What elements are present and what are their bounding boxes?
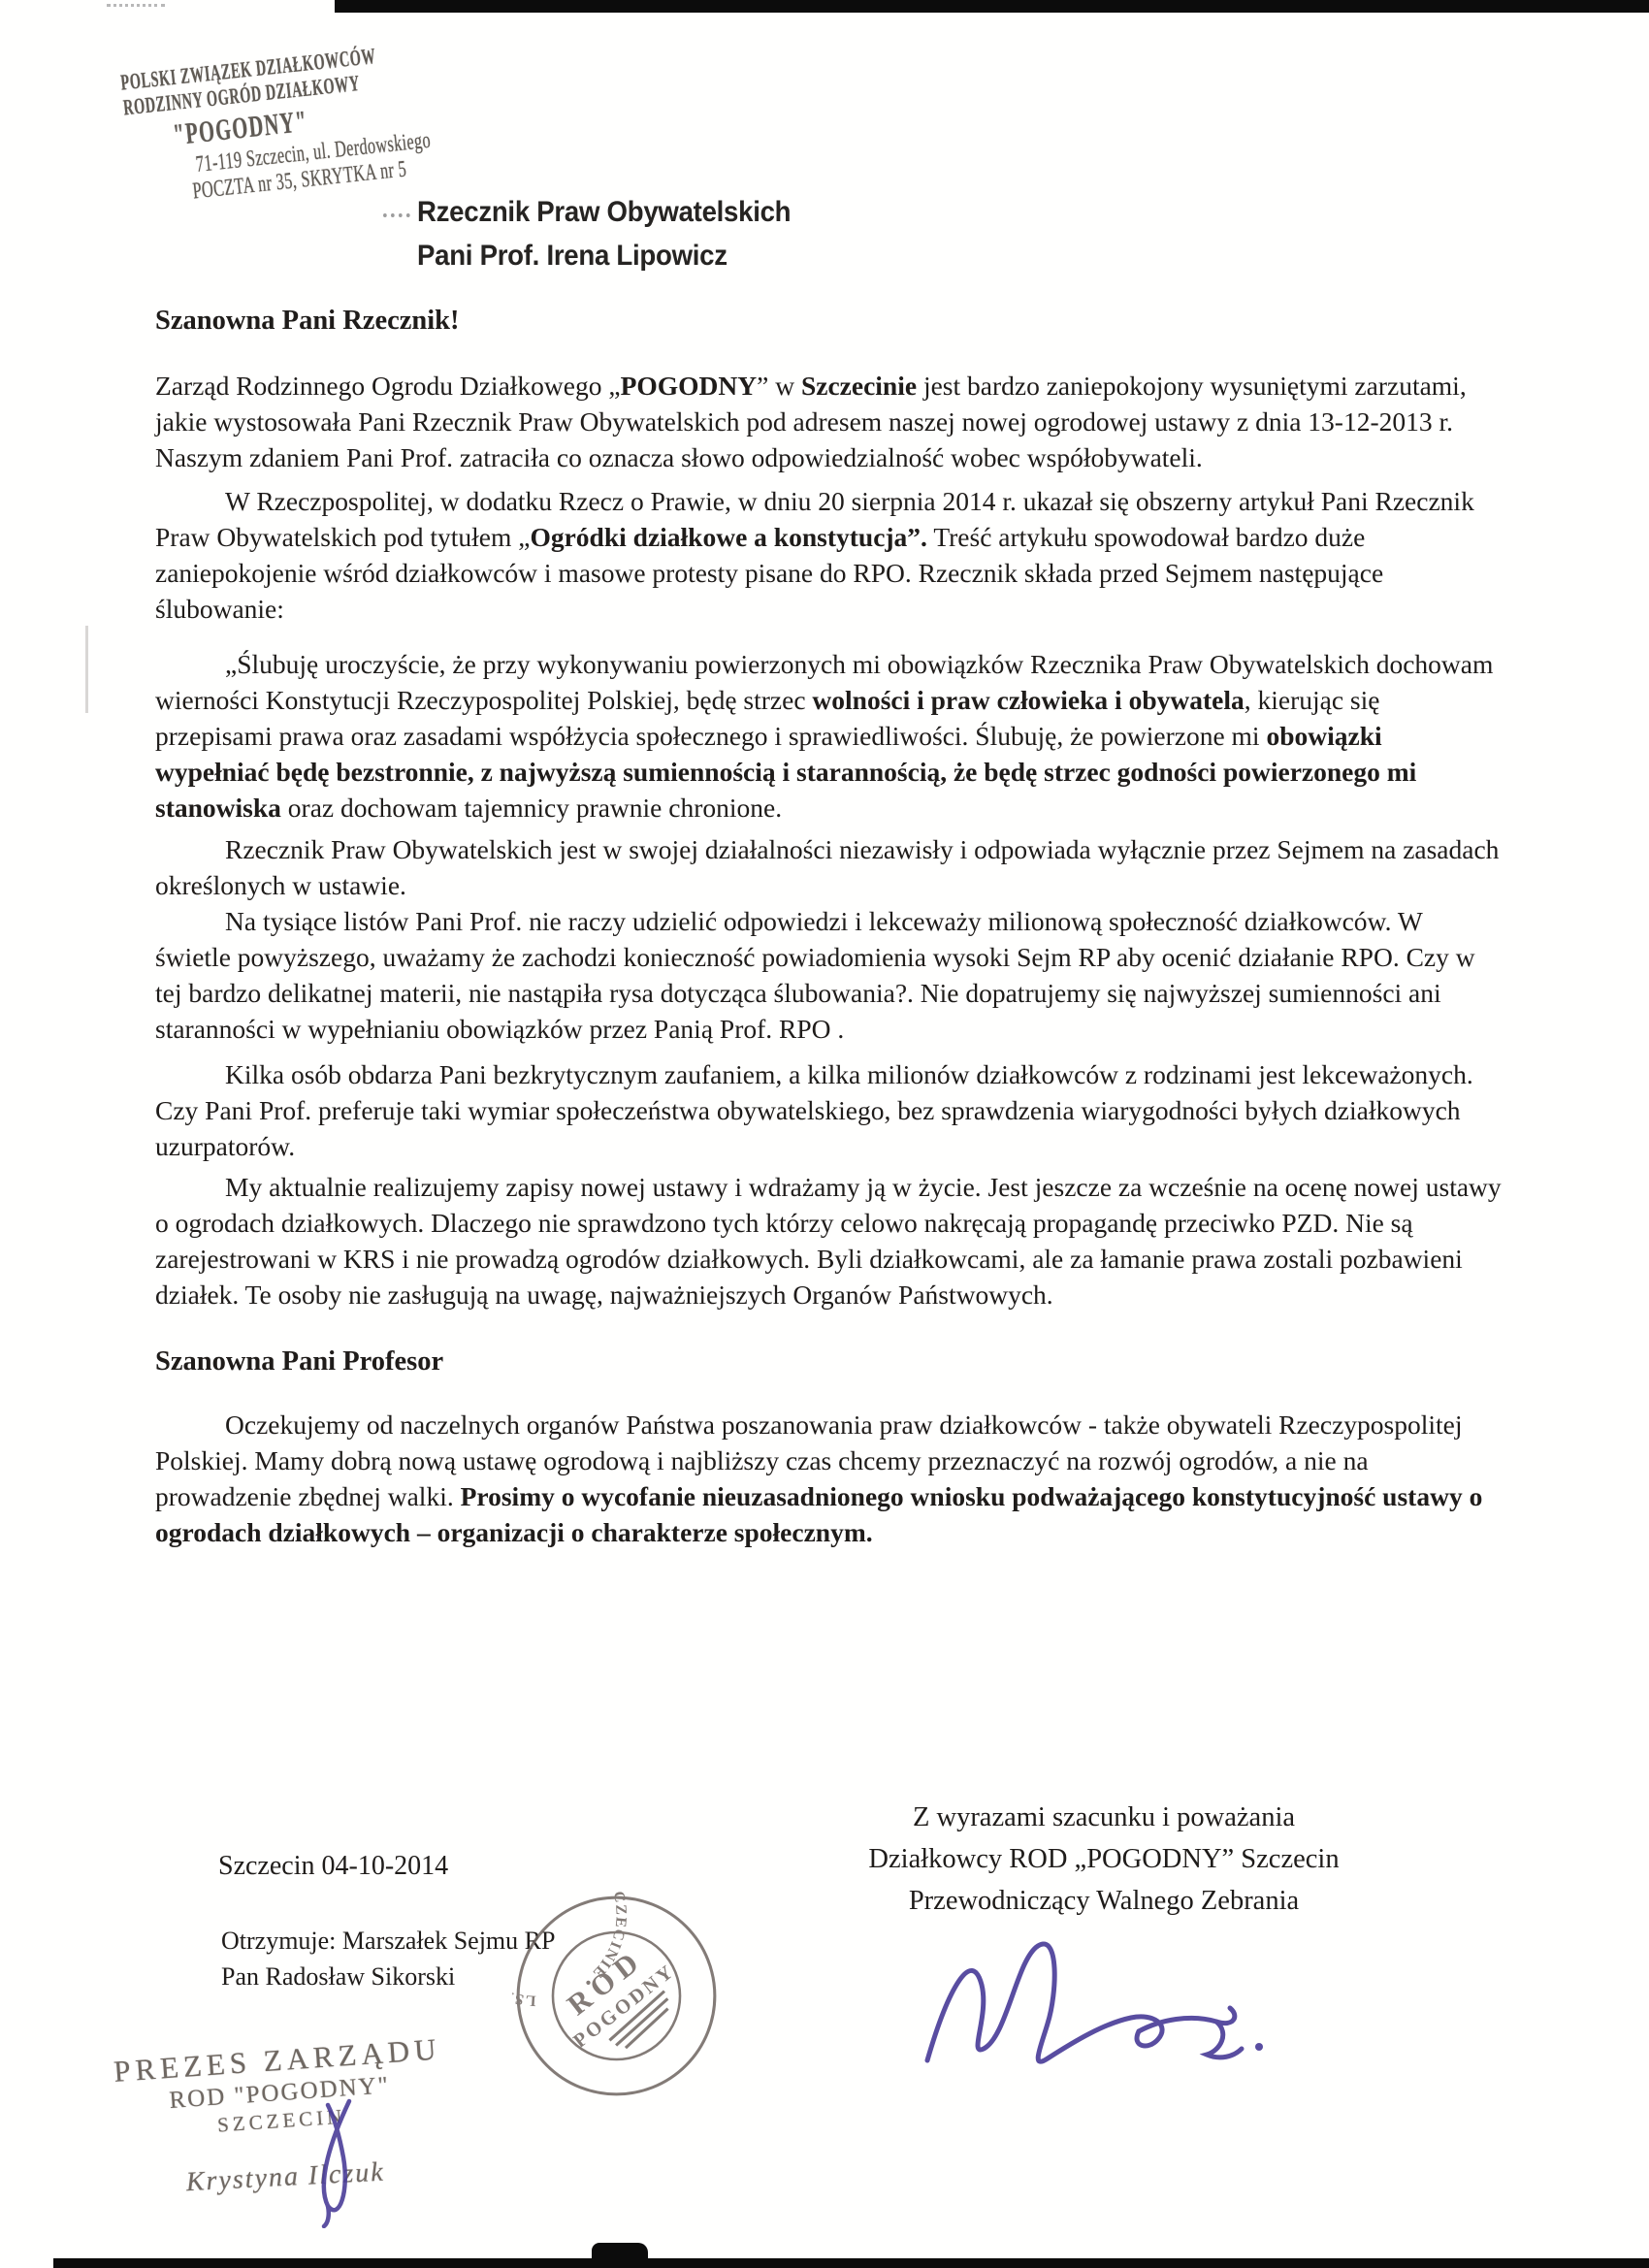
- scan-artifact-top-dots: [107, 4, 165, 16]
- cc-recipient-line: Otrzymuje: Marszałek Sejmu RP: [221, 1923, 555, 1959]
- scanned-letter-page: POLSKI ZWIĄZEK DZIAŁKOWCÓW RODZINNY OGRÓ…: [0, 0, 1649, 2268]
- paragraph-7: My aktualnie realizujemy zapisy nowej us…: [155, 1169, 1502, 1312]
- paragraph-4: Rzecznik Praw Obywatelskich jest w swoje…: [155, 831, 1502, 903]
- paragraph-2: W Rzeczpospolitej, w dodatku Rzecz o Pra…: [155, 483, 1502, 627]
- president-stamp: PREZES ZARZĄDU ROD "POGODNY" SZCZECIN Kr…: [112, 2031, 451, 2204]
- date-place: Szczecin 04-10-2014: [218, 1851, 448, 1882]
- scan-artifact-dashes: [383, 213, 410, 217]
- closing-respect-line: Z wyrazami szacunku i poważania: [823, 1797, 1385, 1838]
- cc-name-line: Pan Radosław Sikorski: [221, 1959, 555, 1994]
- paragraph-8: Oczekujemy od naczelnych organów Państwa…: [155, 1407, 1502, 1550]
- scan-artifact-left-smudge: [85, 626, 88, 713]
- seal-ring-top-text: POLSKI ZWIĄZEK DZIAŁKOWCÓW: [512, 1892, 563, 2009]
- addressee-name: Pani Prof. Irena Lipowicz: [417, 234, 791, 277]
- salutation: Szanowna Pani Rzecznik!: [155, 303, 1502, 339]
- text-segment: Kilka osób obdarza Pani bezkrytycznym za…: [155, 1059, 1473, 1161]
- paragraph-6: Kilka osób obdarza Pani bezkrytycznym za…: [155, 1056, 1502, 1164]
- text-segment: oraz dochowam tajemnicy prawnie chronion…: [281, 793, 782, 823]
- addressee-title: Rzecznik Praw Obywatelskich: [417, 190, 791, 234]
- paragraph-1: Zarząd Rodzinnego Ogrodu Działkowego „PO…: [155, 368, 1502, 475]
- text-segment: Na tysiące listów Pani Prof. nie raczy u…: [155, 906, 1475, 1044]
- cc-block: Otrzymuje: Marszałek Sejmu RP Pan Radosł…: [221, 1923, 555, 1994]
- closing-org-line: Działkowcy ROD „POGODNY” Szczecin: [823, 1838, 1385, 1880]
- scan-artifact-bottom-blob: [592, 2243, 648, 2268]
- bold-text-segment: Szczecinie: [801, 371, 917, 401]
- sender-address-stamp: POLSKI ZWIĄZEK DZIAŁKOWCÓW RODZINNY OGRÓ…: [49, 40, 431, 219]
- paragraph-5: Na tysiące listów Pani Prof. nie raczy u…: [155, 903, 1502, 1047]
- bold-text-segment: wolności i praw człowieka i obywatela: [812, 685, 1244, 715]
- svg-text:POLSKI ZWIĄZEK DZIAŁKOWCÓW: POLSKI ZWIĄZEK DZIAŁKOWCÓW: [512, 1892, 563, 2009]
- text-segment: Rzecznik Praw Obywatelskich jest w swoje…: [155, 834, 1499, 900]
- signature-ink-dot: [1255, 2043, 1263, 2051]
- bold-text-segment: POGODNY: [621, 371, 758, 401]
- text-segment: ” w: [757, 371, 801, 401]
- handwritten-signature: [900, 1903, 1269, 2088]
- paragraph-oath: „Ślubuję uroczyście, że przy wykonywaniu…: [155, 646, 1502, 826]
- letter-body: Szanowna Pani Rzecznik! Zarząd Rodzinneg…: [155, 303, 1502, 1550]
- second-salutation: Szanowna Pani Profesor: [155, 1344, 1502, 1379]
- bold-text-segment: Ogródki działkowe a konstytucja”.: [530, 522, 926, 552]
- round-seal-stamp: POLSKI ZWIĄZEK DZIAŁKOWCÓW • W SZCZECINI…: [512, 1892, 721, 2100]
- addressee-block: Rzecznik Praw Obywatelskich Pani Prof. I…: [417, 190, 791, 277]
- text-segment: Zarząd Rodzinnego Ogrodu Działkowego „: [155, 371, 621, 401]
- scan-artifact-bottom-bar: [53, 2258, 1649, 2268]
- handwritten-initials: [283, 2097, 400, 2228]
- text-segment: My aktualnie realizujemy zapisy nowej us…: [155, 1172, 1502, 1310]
- scan-artifact-top-bar: [335, 0, 1649, 13]
